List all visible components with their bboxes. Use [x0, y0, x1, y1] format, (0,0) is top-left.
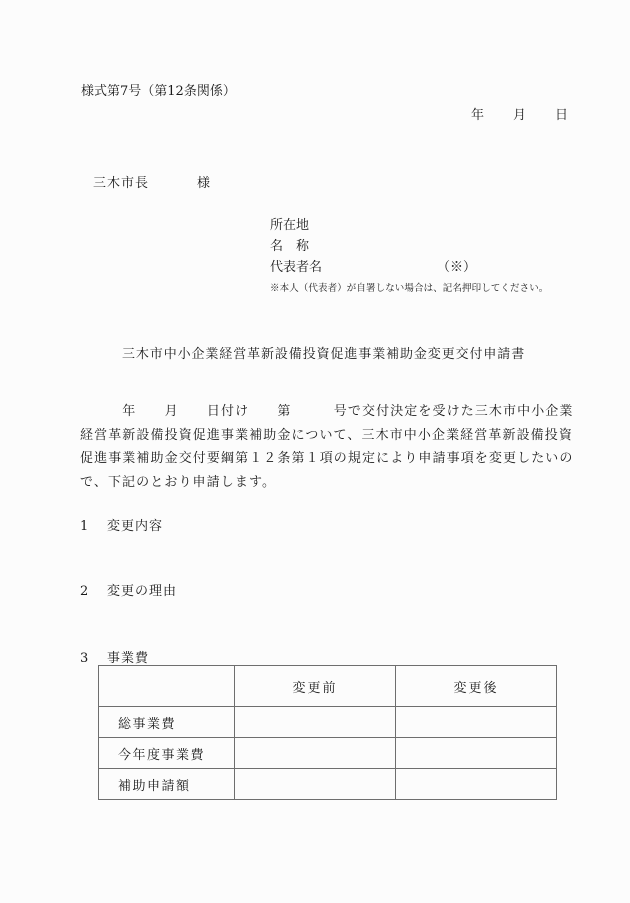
- cell-current-year-after[interactable]: [396, 738, 557, 769]
- header-before: 変更前: [235, 666, 396, 707]
- signature-note: ※本人（代表者）が自署しない場合は、記名押印してください。: [270, 280, 548, 294]
- section-number: 2: [80, 584, 107, 599]
- body-paragraph: 年 月 日付け 第 号で交付決定を受けた三木市中小企業 経営革新設備投資促進事業…: [80, 400, 570, 494]
- body-line: 促進事業補助金交付要綱第１２条第１項の規定により申請事項を変更したいの: [80, 447, 570, 471]
- row-label-total: 総事業費: [99, 707, 235, 738]
- row-label-subsidy: 補助申請額: [99, 769, 235, 800]
- row-label-current-year: 今年度事業費: [99, 738, 235, 769]
- section-label: 事業費: [107, 651, 149, 666]
- applicant-block: 所在地 名 称 代表者名（※） ※本人（代表者）が自署しない場合は、記名押印して…: [270, 215, 548, 294]
- table-row: 総事業費: [99, 707, 557, 738]
- body-line: 年 月 日付け 第 号で交付決定を受けた三木市中小企業: [80, 400, 570, 424]
- cell-subsidy-before[interactable]: [235, 769, 396, 800]
- cell-total-after[interactable]: [396, 707, 557, 738]
- representative-label: 代表者名: [270, 260, 322, 275]
- section-change-reason: 2変更の理由: [80, 580, 177, 599]
- cell-total-before[interactable]: [235, 707, 396, 738]
- addressee-honorific: 様: [197, 176, 211, 191]
- table-row: 今年度事業費: [99, 738, 557, 769]
- document-title: 三木市中小企業経営革新設備投資促進事業補助金変更交付申請書: [122, 343, 525, 362]
- section-number: 1: [80, 519, 107, 534]
- body-line: で、下記のとおり申請します。: [80, 471, 570, 495]
- header-after: 変更後: [396, 666, 557, 707]
- addressee: 三木市長様: [93, 172, 211, 191]
- table-row: 補助申請額: [99, 769, 557, 800]
- cell-subsidy-after[interactable]: [396, 769, 557, 800]
- address-field[interactable]: 所在地: [270, 215, 548, 236]
- section-label: 変更内容: [107, 519, 163, 534]
- addressee-name: 三木市長: [93, 176, 149, 191]
- cell-current-year-before[interactable]: [235, 738, 396, 769]
- date-line: 年月日: [471, 104, 568, 123]
- body-line: 経営革新設備投資促進事業補助金について、三木市中小企業経営革新設備投資: [80, 424, 570, 448]
- date-month: 月: [513, 104, 555, 123]
- section-project-cost: 3事業費: [80, 647, 149, 666]
- name-field[interactable]: 名 称: [270, 236, 548, 257]
- cost-table: 変更前 変更後 総事業費 今年度事業費 補助申請額: [98, 665, 557, 800]
- form-number: 様式第7号（第12条関係）: [81, 80, 236, 99]
- address-label: 所在地: [270, 218, 309, 233]
- name-label: 名 称: [270, 239, 309, 254]
- table-header-row: 変更前 変更後: [99, 666, 557, 707]
- date-day: 日: [555, 104, 568, 123]
- header-blank: [99, 666, 235, 707]
- representative-field[interactable]: 代表者名（※）: [270, 257, 548, 278]
- section-change-content: 1変更内容: [80, 515, 163, 534]
- section-number: 3: [80, 651, 107, 666]
- section-label: 変更の理由: [107, 584, 177, 599]
- date-year: 年: [471, 104, 513, 123]
- seal-mark: （※）: [437, 257, 476, 278]
